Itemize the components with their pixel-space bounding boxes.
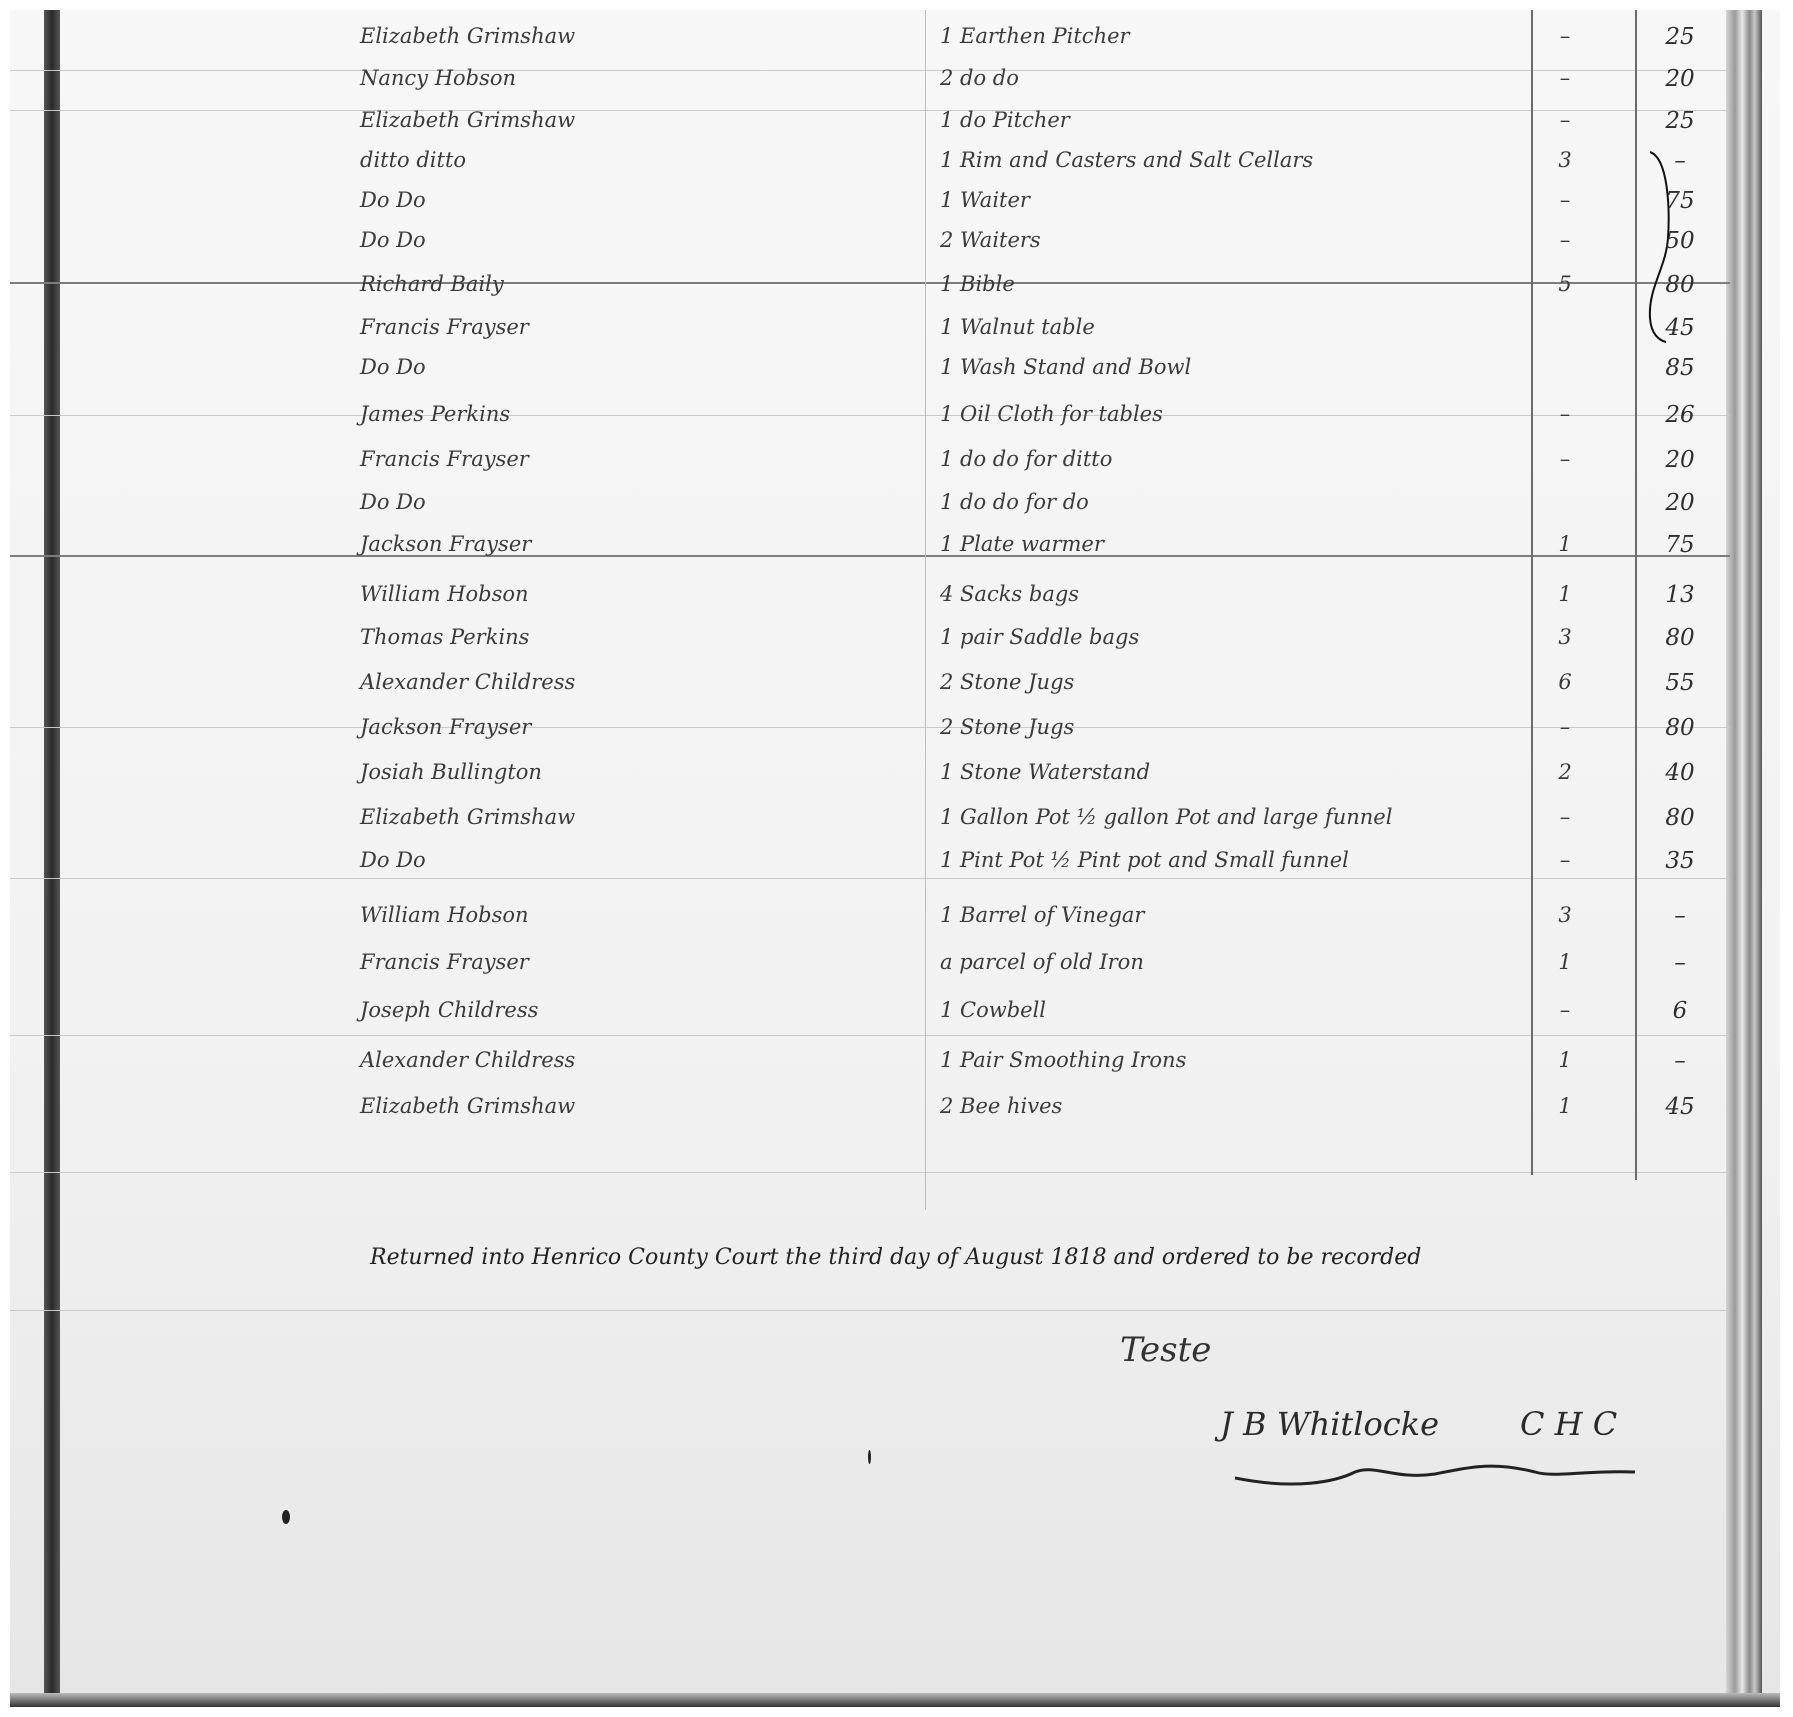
dollars-amount: – [1545,715,1585,739]
article-description: 1 Earthen Pitcher [940,24,1130,48]
cents-amount: – [1650,950,1710,976]
purchaser-name: Nancy Hobson [360,66,516,90]
dollars-amount: 1 [1545,1048,1585,1072]
ledger-row: Francis Frayser a parcel of old Iron 1 – [10,950,1780,990]
article-description: 1 Gallon Pot ½ gallon Pot and large funn… [940,805,1392,829]
ledger-row: Joseph Childress 1 Cowbell – 6 [10,998,1780,1038]
dollars-amount: 3 [1545,148,1585,172]
dollars-amount: 3 [1545,903,1585,927]
clerk-title: C H C [1520,1405,1617,1443]
dollars-amount: 3 [1545,625,1585,649]
ledger-page: Elizabeth Grimshaw 1 Earthen Pitcher – 2… [10,10,1780,1707]
cents-amount: 45 [1650,315,1710,341]
cents-amount: 75 [1650,532,1710,558]
article-description: 1 Stone Waterstand [940,760,1150,784]
purchaser-name: Joseph Childress [360,998,538,1022]
cents-amount: 40 [1650,760,1710,786]
article-description: 1 do Pitcher [940,108,1070,132]
ledger-row: Do Do 1 do do for do 20 [10,490,1780,530]
dollars-amount: 1 [1545,582,1585,606]
cents-amount: 55 [1650,670,1710,696]
cents-amount: 50 [1650,228,1710,254]
ink-blot [282,1510,290,1524]
purchaser-name: Francis Frayser [360,315,529,339]
cents-amount: 6 [1650,998,1710,1024]
ledger-row: William Hobson 4 Sacks bags 1 13 [10,582,1780,622]
ledger-row: Do Do 1 Wash Stand and Bowl 85 [10,355,1780,395]
ledger-row: Jackson Frayser 2 Stone Jugs – 80 [10,715,1780,755]
ledger-row: Do Do 2 Waiters – 50 [10,228,1780,268]
dollars-amount: – [1545,228,1585,252]
purchaser-name: Francis Frayser [360,447,529,471]
article-description: 2 Bee hives [940,1094,1062,1118]
cents-amount: 25 [1650,24,1710,50]
dollars-amount: – [1545,66,1585,90]
purchaser-name: Alexander Childress [360,1048,575,1072]
cents-amount: 20 [1650,66,1710,92]
ledger-row: Richard Baily 1 Bible 5 80 [10,272,1780,312]
cents-amount: 45 [1650,1094,1710,1120]
article-description: 1 Walnut table [940,315,1095,339]
cents-amount: 26 [1650,402,1710,428]
article-description: 1 Cowbell [940,998,1046,1022]
article-description: 1 Plate warmer [940,532,1104,556]
article-description: a parcel of old Iron [940,950,1144,974]
cents-amount: – [1650,1048,1710,1074]
dollars-amount: – [1545,24,1585,48]
ledger-row: Elizabeth Grimshaw 1 Gallon Pot ½ gallon… [10,805,1780,845]
purchaser-name: Richard Baily [360,272,504,296]
cents-amount: 85 [1650,355,1710,381]
dollars-amount: – [1545,402,1585,426]
ledger-row: James Perkins 1 Oil Cloth for tables – 2… [10,402,1780,442]
dollars-amount: 1 [1545,950,1585,974]
clerk-signature: J B Whitlocke [1220,1405,1439,1443]
signature-flourish [1235,1450,1635,1490]
dollars-amount: – [1545,447,1585,471]
article-description: 1 do do for do [940,490,1089,514]
article-description: 1 Waiter [940,188,1030,212]
dollars-amount: 1 [1545,1094,1585,1118]
purchaser-name: William Hobson [360,903,529,927]
cents-amount: 80 [1650,715,1710,741]
article-description: 1 Wash Stand and Bowl [940,355,1191,379]
court-certification: Returned into Henrico County Court the t… [370,1245,1421,1270]
rule-line [10,1310,1730,1311]
ledger-row: Jackson Frayser 1 Plate warmer 1 75 [10,532,1780,572]
purchaser-name: Do Do [360,188,426,212]
cents-amount: 13 [1650,582,1710,608]
article-description: 1 do do for ditto [940,447,1112,471]
purchaser-name: Elizabeth Grimshaw [360,1094,575,1118]
cents-amount: 80 [1650,625,1710,651]
article-description: 1 Pint Pot ½ Pint pot and Small funnel [940,848,1349,872]
dollars-amount: – [1545,998,1585,1022]
purchaser-name: Josiah Bullington [360,760,542,784]
article-description: 2 Stone Jugs [940,715,1074,739]
purchaser-name: Do Do [360,848,426,872]
cents-amount: – [1650,148,1710,174]
ledger-row: Nancy Hobson 2 do do – 20 [10,66,1780,106]
teste-label: Teste [1120,1330,1211,1370]
cents-amount: 20 [1650,490,1710,516]
cents-amount: 20 [1650,447,1710,473]
purchaser-name: Francis Frayser [360,950,529,974]
purchaser-name: Alexander Childress [360,670,575,694]
purchaser-name: Jackson Frayser [360,532,531,556]
ledger-row: Elizabeth Grimshaw 1 do Pitcher – 25 [10,108,1780,148]
dollars-amount: – [1545,108,1585,132]
rule-line [10,1172,1730,1173]
purchaser-name: William Hobson [360,582,529,606]
article-description: 2 do do [940,66,1019,90]
ledger-row: Elizabeth Grimshaw 2 Bee hives 1 45 [10,1094,1780,1134]
cents-amount: 75 [1650,188,1710,214]
article-description: 1 Barrel of Vinegar [940,903,1144,927]
article-description: 1 Pair Smoothing Irons [940,1048,1186,1072]
article-description: 1 Rim and Casters and Salt Cellars [940,148,1313,172]
page-bottom-edge [10,1693,1780,1707]
cents-amount: 35 [1650,848,1710,874]
ink-mark [868,1450,871,1464]
ledger-row: Francis Frayser 1 Walnut table 45 [10,315,1780,355]
ledger-row: Alexander Childress 1 Pair Smoothing Iro… [10,1048,1780,1088]
ledger-row: William Hobson 1 Barrel of Vinegar 3 – [10,903,1780,943]
dollars-amount: 1 [1545,532,1585,556]
ledger-row: Josiah Bullington 1 Stone Waterstand 2 4… [10,760,1780,800]
article-description: 1 Bible [940,272,1015,296]
article-description: 1 Oil Cloth for tables [940,402,1163,426]
ledger-row: Thomas Perkins 1 pair Saddle bags 3 80 [10,625,1780,665]
cents-amount: – [1650,903,1710,929]
purchaser-name: ditto ditto [360,148,466,172]
purchaser-name: Do Do [360,355,426,379]
purchaser-name: Do Do [360,228,426,252]
dollars-amount: – [1545,188,1585,212]
ledger-row: ditto ditto 1 Rim and Casters and Salt C… [10,148,1780,188]
purchaser-name: Jackson Frayser [360,715,531,739]
ledger-row: Alexander Childress 2 Stone Jugs 6 55 [10,670,1780,710]
cents-amount: 80 [1650,272,1710,298]
ledger-row: Do Do 1 Waiter – 75 [10,188,1780,228]
article-description: 2 Waiters [940,228,1041,252]
cents-amount: 80 [1650,805,1710,831]
purchaser-name: Thomas Perkins [360,625,529,649]
ledger-row: Do Do 1 Pint Pot ½ Pint pot and Small fu… [10,848,1780,888]
purchaser-name: Do Do [360,490,426,514]
purchaser-name: James Perkins [360,402,510,426]
cents-amount: 25 [1650,108,1710,134]
ledger-row: Elizabeth Grimshaw 1 Earthen Pitcher – 2… [10,24,1780,64]
dollars-amount: – [1545,848,1585,872]
article-description: 1 pair Saddle bags [940,625,1139,649]
dollars-amount: 2 [1545,760,1585,784]
purchaser-name: Elizabeth Grimshaw [360,24,575,48]
dollars-amount: – [1545,805,1585,829]
article-description: 4 Sacks bags [940,582,1079,606]
article-description: 2 Stone Jugs [940,670,1074,694]
dollars-amount: 6 [1545,670,1585,694]
ledger-row: Francis Frayser 1 do do for ditto – 20 [10,447,1780,487]
purchaser-name: Elizabeth Grimshaw [360,108,575,132]
purchaser-name: Elizabeth Grimshaw [360,805,575,829]
dollars-amount: 5 [1545,272,1585,296]
